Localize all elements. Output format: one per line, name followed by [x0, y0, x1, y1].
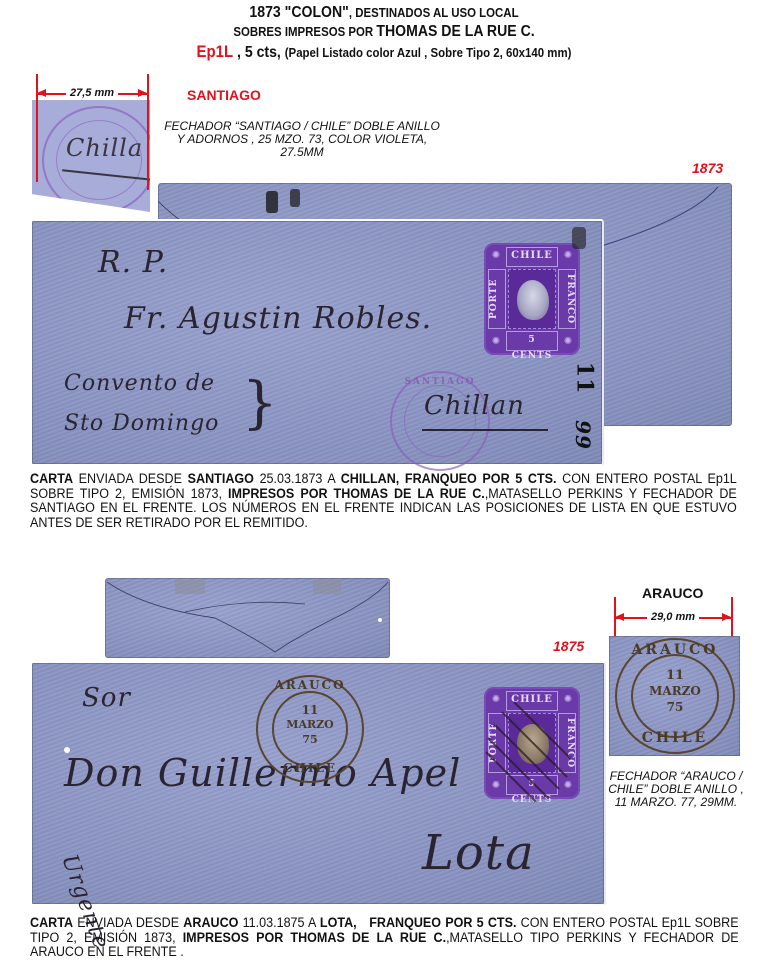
handwriting-convento: Convento de [64, 371, 215, 396]
title-sub: , DESTINADOS AL USO LOCAL [349, 5, 519, 20]
measure-label: 29,0 mm [647, 610, 699, 624]
caption-bold: IMPRESOS POR THOMAS DE LA RUE C. [228, 486, 485, 501]
postmark-month: MARZO [617, 684, 733, 698]
page-title-line2: SOBRES IMPRESOS POR THOMAS DE LA RUE C. [46, 23, 722, 41]
santiago-postmark-description: FECHADOR “SANTIAGO / CHILE” DOBLE ANILLO… [162, 120, 442, 159]
cover2-caption: CARTA ENVIADA DESDE ARAUCO 11.03.1875 A … [30, 916, 739, 960]
caption-bold: LOTA, [320, 915, 357, 930]
handwriting-destination: Lota [422, 825, 535, 881]
flap-stain [175, 580, 205, 594]
destination-underline [422, 429, 548, 431]
printer-prefix: SOBRES IMPRESOS POR [233, 24, 376, 39]
postal-stationery-stamp: ✺ ✺ ✺ ✺ CHILE PORTE FRANCO 5 CENTS [484, 243, 580, 355]
stamp-corner: ✺ [560, 333, 576, 351]
stamp-corner: ✺ [560, 247, 576, 265]
stamp-corner: ✺ [488, 247, 504, 265]
detail-city-santiago: SANTIAGO [187, 87, 261, 103]
page-title-line1: 1873 "COLON", DESTINADOS AL USO LOCAL [46, 4, 722, 22]
caption-bold: CARTA [30, 471, 73, 486]
columbus-portrait [517, 280, 549, 320]
stamp-corner: ✺ [488, 691, 504, 709]
santiago-postmark-detail: Chilla [32, 100, 150, 212]
chillan-handwriting-enlarged: Chilla [66, 134, 143, 162]
postmark-country: CHILE [258, 761, 362, 775]
stamp-value: 5 CENTS [506, 331, 558, 351]
cover2-front: Sor Don Guillermo Apel Urgente Lota ARAU… [30, 661, 606, 906]
postal-stationery-stamp: ✺ ✺ ✺ ✺ CHILE PORTE FRANCO 5 CENTS [484, 687, 580, 799]
caption-text: 25.03.1873 A [254, 471, 341, 486]
handwriting-sto-domingo: Sto Domingo [64, 411, 219, 436]
caption-bold: IMPRESOS POR THOMAS DE LA RUE C. [183, 930, 446, 945]
cover2-year: 1875 [553, 638, 584, 654]
caption-space [357, 915, 370, 930]
stamp-portrait-frame [508, 269, 556, 329]
handwriting-rp: R. P. [98, 245, 168, 280]
handwriting-addressee: Fr. Agustin Robles. [124, 301, 432, 336]
punch-hole [64, 747, 70, 753]
measure-guide-right [147, 74, 149, 190]
brace: } [242, 371, 279, 436]
envelope-spec: (Papel Listado color Azul , Sobre Tipo 2… [285, 45, 572, 60]
postmark-year: 75 [258, 733, 362, 746]
flap-stain [313, 580, 341, 594]
title-main: 1873 "COLON" [249, 4, 348, 21]
detail-city-arauco: ARAUCO [642, 585, 703, 601]
list-number: 99 [571, 420, 595, 450]
caption-text: ENVIADA DESDE [73, 471, 188, 486]
caption-bold: SANTIAGO [188, 471, 254, 486]
stamp-corner: ✺ [560, 777, 576, 795]
caption-bold: CHILLAN, FRANQUEO POR 5 CTS. [341, 471, 557, 486]
stamp-corner: ✺ [488, 333, 504, 351]
stamp-right-text: FRANCO [558, 713, 576, 773]
stamp-right-text: FRANCO [558, 269, 576, 329]
cover1-front: R. P. Fr. Agustin Robles. Convento de St… [30, 219, 604, 466]
page-title-line3: Ep1L , 5 cts, (Papel Listado color Azul … [46, 42, 722, 62]
caption-bold: ARAUCO [183, 915, 238, 930]
catalog-code: Ep1L [197, 42, 234, 61]
caption-bold: CARTA [30, 915, 73, 930]
arauco-postmark-description: FECHADOR “ARAUCO / CHILE” DOBLE ANILLO ,… [606, 770, 746, 809]
postmark-city: ARAUCO [617, 642, 733, 658]
measure-arauco: 29,0 mm [615, 610, 731, 624]
handwriting-destination: Chillan [424, 391, 525, 421]
printer-name: THOMAS DE LA RUE C. [376, 23, 534, 40]
back-ink-mark [266, 191, 278, 213]
list-number: 11 [571, 362, 597, 395]
arauco-postmark: ARAUCO 11 MARZO 75 CHILE [256, 675, 364, 783]
arauco-postmark-detail: ARAUCO 11 MARZO 75 CHILE [609, 636, 740, 756]
santiago-postmark: SANTIAGO [390, 371, 490, 471]
stamp-corner: ✺ [488, 777, 504, 795]
caption-bold: FRANQUEO POR 5 CTS. [369, 915, 516, 930]
postmark-year: 75 [617, 700, 733, 714]
measure-santiago: 27,5 mm [37, 86, 147, 100]
stamp-left-text: PORTE [488, 269, 506, 329]
caption-text: ENVIADA DESDE [73, 915, 183, 930]
stamp-country: CHILE [506, 247, 558, 267]
flap-line [105, 578, 390, 658]
face-value: , 5 cts, [233, 44, 285, 61]
cover1-caption: CARTA ENVIADA DESDE SANTIAGO 25.03.1873 … [30, 472, 737, 530]
cover2-back [105, 578, 390, 658]
postmark-month: MARZO [258, 718, 362, 731]
caption-text: 11.03.1875 A [238, 915, 319, 930]
measure-label: 27,5 mm [66, 86, 118, 100]
postmark-city: ARAUCO [258, 678, 362, 692]
back-ink-mark [290, 189, 300, 207]
punch-hole [378, 618, 382, 622]
postmark-ring-text: SANTIAGO [392, 377, 488, 387]
postmark-day: 11 [617, 668, 733, 683]
handwriting-sor: Sor [82, 683, 131, 713]
postmark-country: CHILE [617, 730, 733, 746]
arauco-postmark-enlarged: ARAUCO 11 MARZO 75 CHILE [615, 638, 735, 754]
postmark-day: 11 [258, 703, 362, 717]
ink-smudge [572, 227, 586, 249]
stamp-corner: ✺ [560, 691, 576, 709]
cover1-year: 1873 [692, 160, 723, 176]
